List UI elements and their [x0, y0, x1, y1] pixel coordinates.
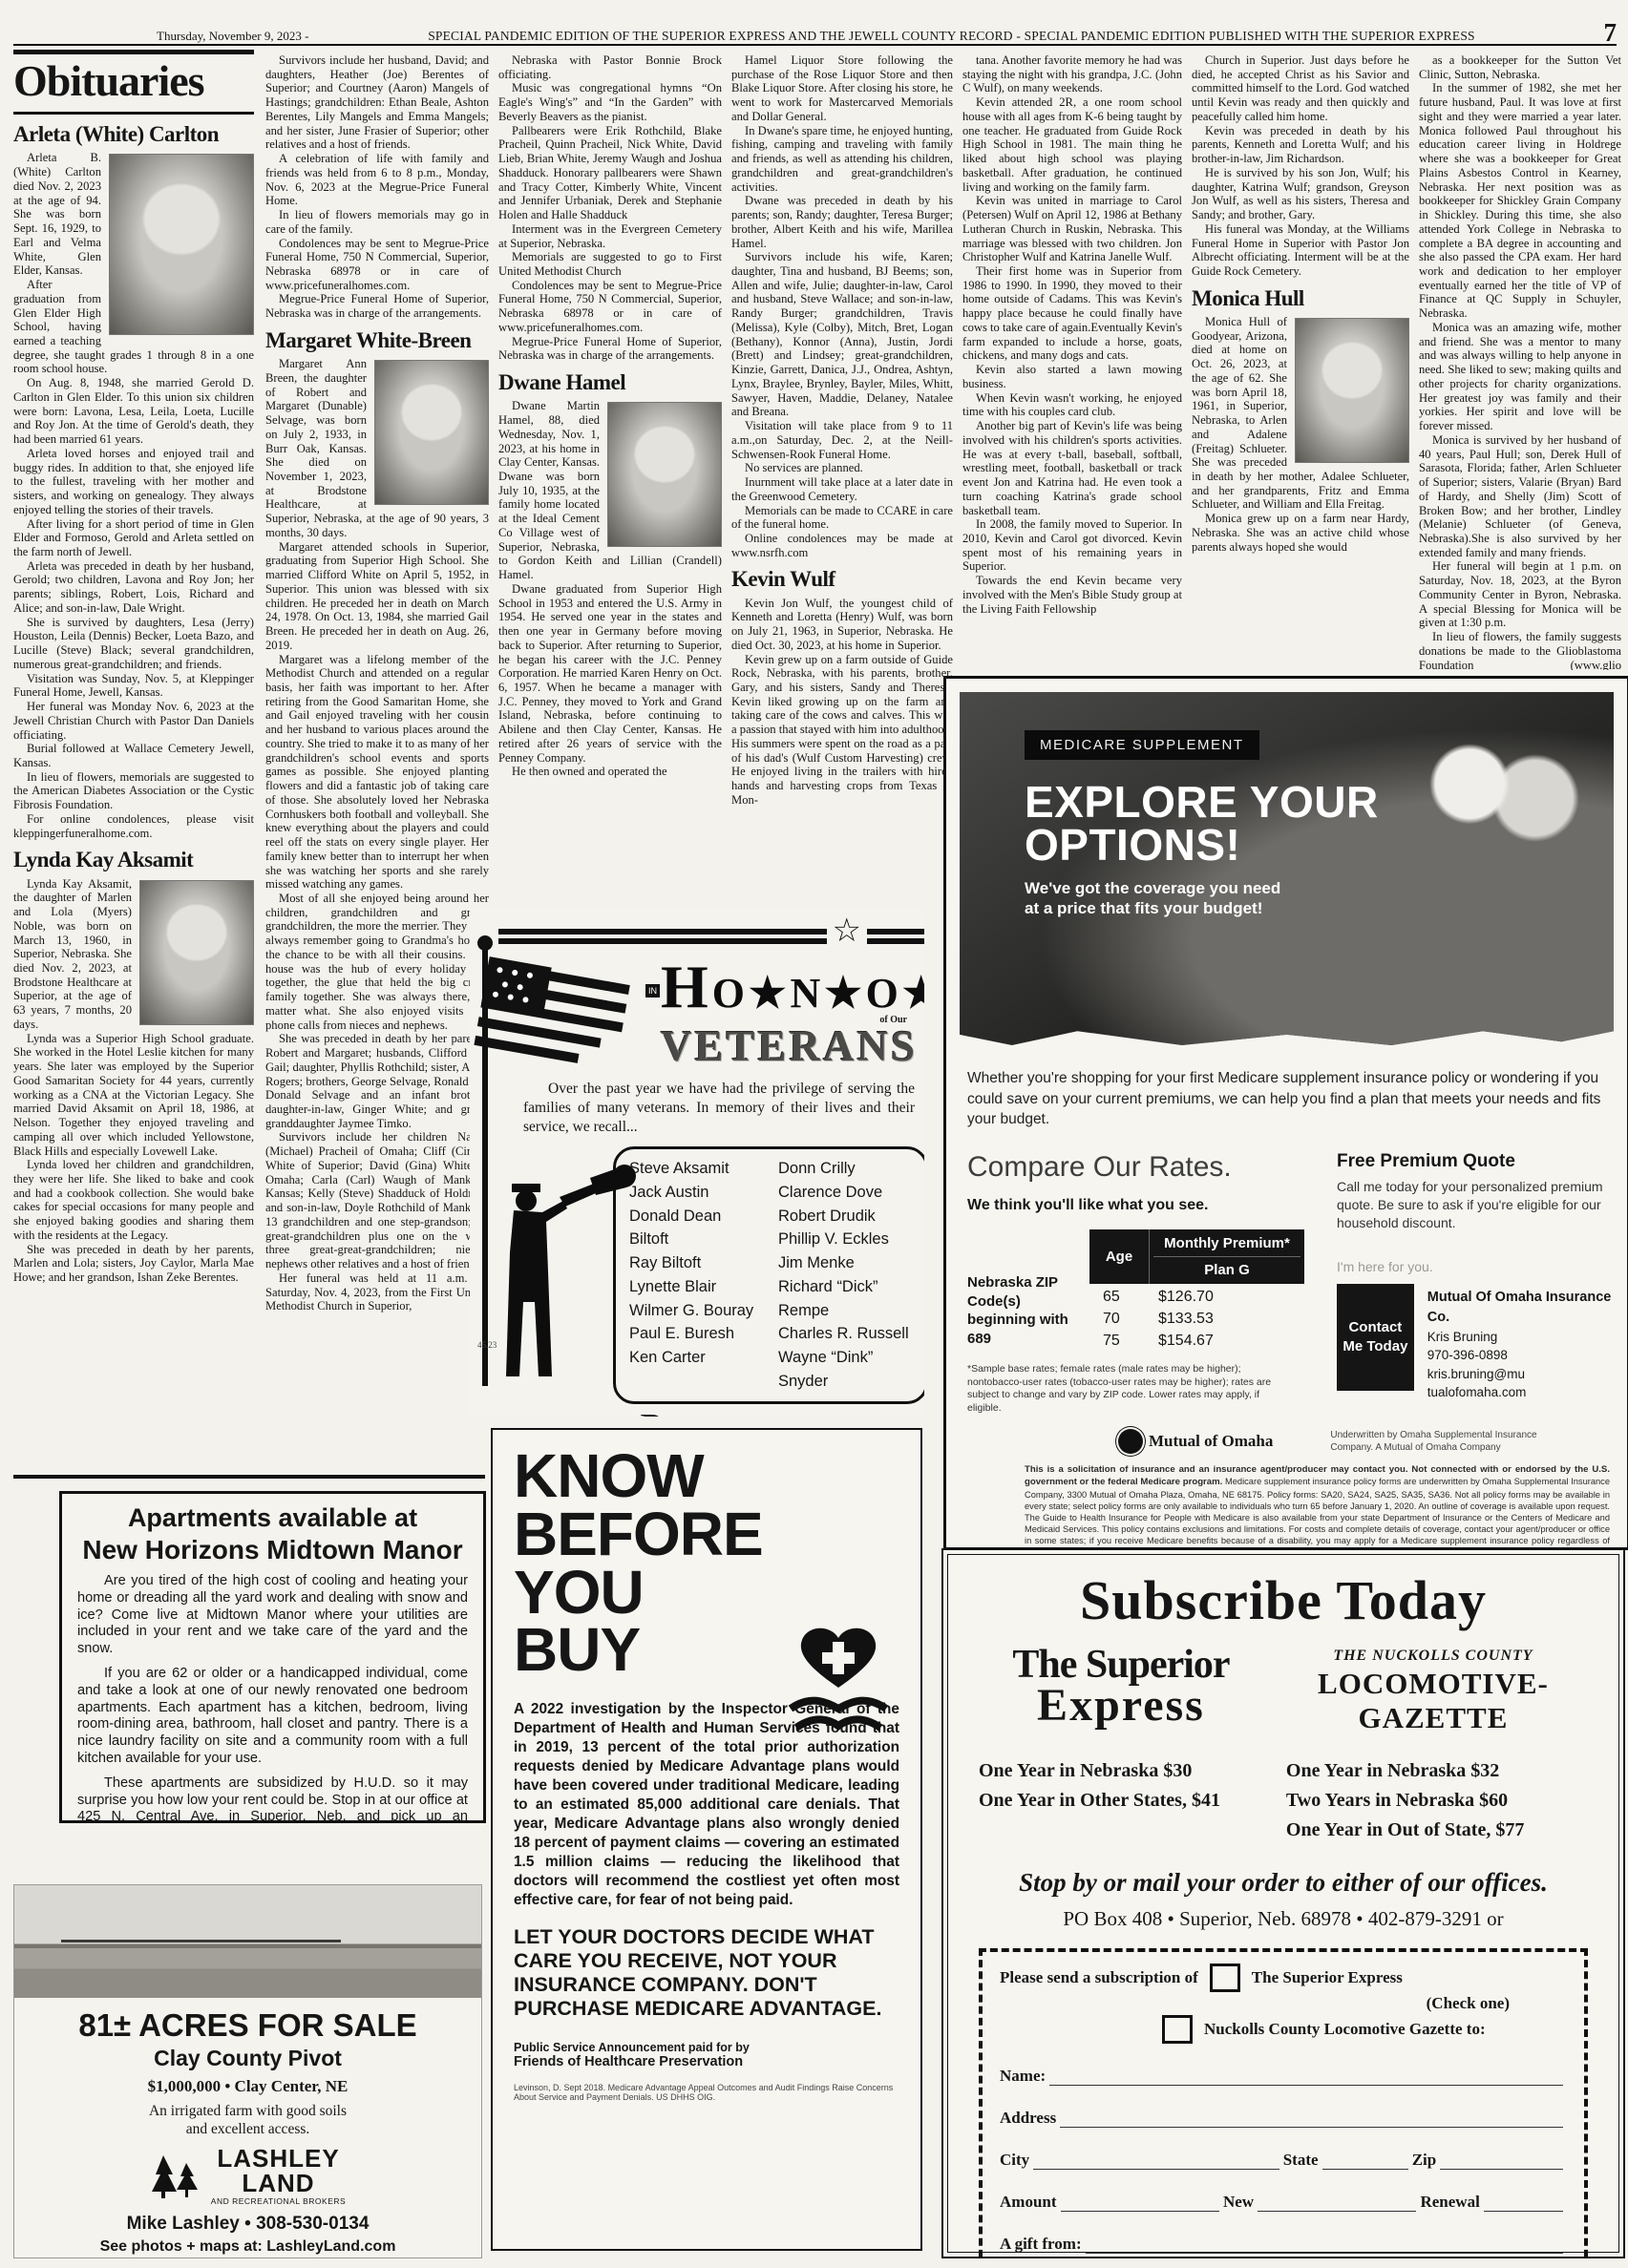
list-item: Jim Menke: [778, 1251, 912, 1275]
obituary-column-6: Church in Superior. Just days before he …: [1192, 53, 1409, 670]
obituary-paragraph: Burial followed at Wallace Cemetery Jewe…: [13, 742, 254, 769]
locomotive-gazette-nameplate: THE NUCKOLLS COUNTY LOCOMOTIVE-GAZETTE: [1271, 1648, 1596, 1735]
medicare-body-text: Whether you're shopping for your first M…: [967, 1068, 1606, 1130]
address-label: Address: [1000, 2109, 1056, 2128]
obituary-heading: Kevin Wulf: [731, 568, 953, 591]
state-field-line: [1322, 2155, 1408, 2170]
acres-for-sale-ad: 81± ACRES FOR SALE Clay County Pivot $1,…: [13, 1884, 482, 2258]
renewal-field-line: [1484, 2197, 1563, 2212]
obituary-heading: Arleta (White) Carlton: [13, 123, 254, 146]
subscribe-title: Subscribe Today: [971, 1568, 1596, 1632]
obituary-paragraph: Interment was in the Evergreen Cemetery …: [498, 222, 722, 250]
arleta-carlton-photo: [109, 154, 254, 335]
obituary-paragraph: Dwane graduated from Superior High Schoo…: [498, 582, 722, 766]
locomotive-gazette-rates: One Year in Nebraska $32Two Years in Neb…: [1279, 1753, 1596, 1841]
obituary-paragraph: Nebraska with Pastor Bonnie Brock offici…: [498, 53, 722, 81]
acres-headline: 81± ACRES FOR SALE: [14, 2007, 481, 2044]
coupon-option1-label: The Superior Express: [1252, 1968, 1403, 1987]
obituary-heading: Margaret White-Breen: [265, 329, 489, 352]
obituary-paragraph: Lynda Kay Aksamit, the daughter of Marle…: [13, 877, 254, 1032]
price-funeral-homes-logo: ✿ PRICE FUNERAL HOMES Superior and Nelso…: [584, 1412, 924, 1417]
list-item: One Year in Nebraska $30: [979, 1760, 1279, 1782]
obituary-paragraph: She is survived by daughters, Lesa (Jerr…: [13, 616, 254, 672]
apartments-title-line2: New Horizons Midtown Manor: [77, 1535, 468, 1565]
obituary-paragraph: No services are planned.: [731, 461, 953, 475]
obituary-paragraph: Her funeral was held at 11 a.m. on Satur…: [265, 1271, 489, 1313]
obituary-column-1: ObituariesArleta (White) CarltonArleta B…: [13, 50, 254, 1477]
obituary-paragraph: In 2008, the family moved to Superior. I…: [962, 517, 1182, 574]
free-premium-quote-body: Call me today for your personalized prem…: [1337, 1178, 1623, 1232]
obituary-paragraph: Lynda was a Superior High School graduat…: [13, 1032, 254, 1159]
obituary-paragraph: After living for a short period of time …: [13, 517, 254, 559]
obituary-paragraph: Arleta B. (White) Carlton died Nov. 2, 2…: [13, 151, 254, 278]
obituary-paragraph: Kevin was preceded in death by his paren…: [1192, 124, 1409, 166]
obituary-paragraph: Margaret was a lifelong member of the Me…: [265, 653, 489, 892]
list-item: Richard “Dick” Rempe: [778, 1275, 912, 1323]
coupon-lead-label: Please send a subscription of: [1000, 1968, 1198, 1987]
obituary-paragraph: Monica is survived by her husband of 40 …: [1419, 433, 1621, 560]
obituary-paragraph: Condolences may be sent to Megrue-Price …: [265, 237, 489, 293]
state-label: State: [1283, 2151, 1319, 2170]
obituary-paragraph: Arleta loved horses and enjoyed trail an…: [13, 447, 254, 517]
veterans-word: VETERANS: [661, 1025, 924, 1068]
ad-code: 45.23: [477, 1340, 497, 1350]
obituary-paragraph: Memorials are suggested to go to First U…: [498, 250, 722, 278]
explore-options-headline: EXPLORE YOUR OPTIONS!: [1025, 781, 1614, 867]
list-item: Clarence Dove: [778, 1181, 912, 1205]
locomotive-gazette-checkbox: [1162, 2015, 1193, 2044]
rates-table-header: Age Monthly Premium*Plan G: [1089, 1229, 1304, 1284]
obituary-paragraph: Dwane was preceded in death by his paren…: [731, 194, 953, 250]
address-field-line: [1060, 2113, 1563, 2128]
before-word: BEFORE: [514, 1505, 899, 1564]
psa-sponsor: Friends of Healthcare Preservation: [514, 2054, 899, 2069]
obituary-paragraph: Monica was an amazing wife, mother and f…: [1419, 321, 1621, 433]
obituary-paragraph: Kevin was united in marriage to Carol (P…: [962, 194, 1182, 264]
know-before-you-buy-ad: KNOW BEFORE YOU BUY A 2022 investigation…: [491, 1428, 922, 2251]
pivot-silhouette: [61, 1940, 341, 1942]
obituary-paragraph: Her funeral will begin at 1 p.m. on Satu…: [1419, 559, 1621, 630]
obituary-paragraph: Dwane Martin Hamel, 88, died Wednesday, …: [498, 399, 722, 582]
obituary-heading: Monica Hull: [1192, 287, 1409, 310]
obituary-paragraph: In the summer of 1982, she met her futur…: [1419, 81, 1621, 320]
coupon-option2-label: Nuckolls County Locomotive Gazette to:: [1204, 2020, 1486, 2039]
subscribe-address: PO Box 408 • Superior, Neb. 68978 • 402-…: [971, 1907, 1596, 1931]
obituary-paragraph: In lieu of flowers memorials may go in c…: [265, 208, 489, 236]
list-item: Robert Drudik: [778, 1205, 912, 1228]
medicare-supplement-tag: MEDICARE SUPPLEMENT: [1025, 730, 1259, 760]
obituary-paragraph: Kevin attended 2R, a one room school hou…: [962, 95, 1182, 194]
obituary-paragraph: Survivors include her children Nancy (Mi…: [265, 1130, 489, 1270]
lashley-land-logo: LASHLEYLAND AND RECREATIONAL BROKERS: [14, 2147, 481, 2206]
superior-express-nameplate: The Superior Express: [971, 1648, 1271, 1735]
obituary-paragraph: Survivors include her husband, David; an…: [265, 53, 489, 152]
flag-and-bugler-illustration: [472, 928, 672, 1405]
gift-field-line: [1086, 2239, 1563, 2254]
obituary-column-5: tana. Another favorite memory he had was…: [962, 53, 1182, 670]
acres-agent-phone: Mike Lashley • 308-530-0134: [14, 2214, 481, 2235]
masthead: Thursday, November 9, 2023 - SPECIAL PAN…: [13, 15, 1617, 46]
you-word: YOU: [514, 1564, 899, 1622]
list-item: Two Years in Nebraska $60: [1286, 1790, 1596, 1812]
list-item: One Year in Other States, $41: [979, 1790, 1279, 1812]
honor-word: HO★N★O★R: [661, 959, 924, 1015]
obituary-paragraph: She was preceded in death by her parents…: [13, 1243, 254, 1285]
obituary-paragraph: She was preceded in death by her parents…: [265, 1032, 489, 1130]
obituary-paragraph: Visitation was Sunday, Nov. 5, at Kleppi…: [13, 672, 254, 700]
superior-express-rates: One Year in Nebraska $30One Year in Othe…: [971, 1753, 1279, 1841]
obituary-paragraph: Condolences may be sent to Megrue-Price …: [498, 279, 722, 335]
obituary-paragraph: Inurnment will take place at a later dat…: [731, 475, 953, 503]
new-label: New: [1223, 2193, 1254, 2212]
contact-me-today-box: Contact Me Today: [1337, 1284, 1414, 1391]
obituary-column-7: as a bookkeeper for the Sutton Vet Clini…: [1419, 53, 1621, 670]
apartments-paragraph: Are you tired of the high cost of coolin…: [77, 1573, 468, 1658]
obituary-paragraph: Pallbearers were Erik Rothchild, Blake P…: [498, 124, 722, 222]
amount-field-line: [1061, 2197, 1219, 2212]
free-premium-quote-title: Free Premium Quote: [1337, 1151, 1623, 1172]
compare-rates-subtitle: We think you'll like what you see.: [967, 1197, 1304, 1214]
rate-row: 65$126.70: [1089, 1284, 1304, 1306]
obituary-paragraph: Hamel Liquor Store following the purchas…: [731, 53, 953, 124]
obituary-heading: Dwane Hamel: [498, 371, 722, 394]
list-item: One Year in Out of State, $77: [1286, 1819, 1596, 1841]
apartments-paragraph: These apartments are subsidized by H.U.D…: [77, 1775, 468, 1823]
obituaries-section-title: Obituaries: [13, 50, 254, 115]
obituary-paragraph: In Dwane's spare time, he enjoyed huntin…: [731, 124, 953, 195]
obituary-column-3: Nebraska with Pastor Bonnie Brock offici…: [498, 53, 722, 901]
obituary-paragraph: Most of all she enjoyed being around her…: [265, 892, 489, 1032]
rate-row: 75$154.67: [1089, 1328, 1304, 1350]
obituary-paragraph: His funeral was Monday, at the Williams …: [1192, 222, 1409, 279]
apartments-title-line1: Apartments available at: [77, 1503, 468, 1533]
psa-paid-for-by: Public Service Announcement paid for by: [514, 2041, 899, 2054]
obituary-column-4: Hamel Liquor Store following the purchas…: [731, 53, 953, 901]
underwritten-text: Underwritten by Omaha Supplemental Insur…: [1330, 1429, 1559, 1454]
obituary-paragraph: Memorials can be made to CCARE in care o…: [731, 504, 953, 532]
obituary-paragraph: Another big part of Kevin's life was bei…: [962, 419, 1182, 517]
masthead-edition: SPECIAL PANDEMIC EDITION OF THE SUPERIOR…: [308, 29, 1594, 44]
obituary-paragraph: Online condolences may be made at www.ns…: [731, 532, 953, 559]
acres-price: $1,000,000 • Clay Center, NE: [14, 2077, 481, 2096]
superior-express-checkbox: [1210, 1963, 1240, 1992]
obituary-paragraph: Megrue-Price Funeral Home of Superior, N…: [265, 292, 489, 320]
list-item: Wayne “Dink” Snyder: [778, 1346, 912, 1394]
pine-trees-icon: [150, 2153, 201, 2199]
obituary-paragraph: Visitation will take place from 9 to 11 …: [731, 419, 953, 461]
list-item: Charles R. Russell: [778, 1322, 912, 1346]
acres-description: An irrigated farm with good soilsand exc…: [14, 2102, 481, 2139]
in-label: IN: [645, 984, 660, 997]
zip-label: Zip: [1412, 2151, 1437, 2170]
masthead-date: Thursday, November 9, 2023 -: [157, 29, 308, 44]
zip-field-line: [1440, 2155, 1563, 2170]
renewal-label: Renewal: [1420, 2193, 1479, 2212]
margaret-white-breen-photo: [374, 360, 489, 505]
list-item: Donn Crilly: [778, 1157, 912, 1181]
city-field-line: [1033, 2155, 1279, 2170]
obituary-paragraph: Kevin also started a lawn mowing busines…: [962, 363, 1182, 390]
lion-icon: [1118, 1429, 1143, 1454]
obituary-paragraph: A celebration of life with family and fr…: [265, 152, 489, 208]
obituary-paragraph: Monica Hull of Goodyear, Arizona, died a…: [1192, 315, 1409, 512]
medicare-supplement-ad: MEDICARE SUPPLEMENT EXPLORE YOUR OPTIONS…: [943, 676, 1628, 1550]
coverage-subhead: We've got the coverage you need at a pri…: [1025, 878, 1292, 919]
compare-rates-title: Compare Our Rates.: [967, 1151, 1304, 1184]
obituary-paragraph: When Kevin wasn't working, he enjoyed ti…: [962, 391, 1182, 419]
know-cta-text: LET YOUR DOCTORS DECIDE WHAT CARE YOU RE…: [514, 1925, 899, 2020]
list-item: One Year in Nebraska $32: [1286, 1760, 1596, 1782]
obituary-paragraph: Margaret Ann Breen, the daughter of Robe…: [265, 357, 489, 540]
lynda-aksamit-photo: [139, 880, 254, 1025]
medicare-disclaimer: This is a solicitation of insurance and …: [1025, 1463, 1610, 1550]
acres-subhead: Clay County Pivot: [14, 2046, 481, 2071]
citation-text: Levinson, D. Sept 2018. Medicare Advanta…: [514, 2083, 899, 2102]
obituary-paragraph: Margaret attended schools in Superior, g…: [265, 540, 489, 653]
page-number: 7: [1604, 21, 1617, 44]
mutual-of-omaha-logo: Mutual of Omaha: [1118, 1429, 1273, 1454]
dwane-hamel-photo: [607, 402, 722, 547]
elderly-couple-photo: MEDICARE SUPPLEMENT EXPLORE YOUR OPTIONS…: [960, 692, 1614, 1045]
obituary-paragraph: Her funeral was Monday Nov. 6, 2023 at t…: [13, 700, 254, 742]
rates-footnote: *Sample base rates; female rates (male r…: [967, 1363, 1282, 1416]
acres-website: See photos + maps at: LashleyLand.com: [14, 2238, 481, 2256]
new-field-line: [1258, 2197, 1416, 2212]
here-for-you-text: I'm here for you.: [1337, 1259, 1623, 1274]
list-item: Phillip V. Eckles: [778, 1228, 912, 1251]
newspaper-page: Thursday, November 9, 2023 - SPECIAL PAN…: [0, 0, 1628, 2268]
obituary-paragraph: Megrue-Price Funeral Home of Superior, N…: [498, 335, 722, 363]
obituary-paragraph: He is survived by his son Jon, Wulf; his…: [1192, 166, 1409, 222]
heart-cross-hands-icon: [781, 1621, 896, 1745]
obituary-column-2: Survivors include her husband, David; an…: [265, 53, 489, 1397]
obituary-paragraph: Their first home was in Superior from 19…: [962, 264, 1182, 363]
monica-hull-photo: [1295, 318, 1409, 463]
veterans-names-column-2: Donn CrillyClarence DoveRobert DrudikPhi…: [778, 1157, 912, 1394]
obituary-paragraph: Church in Superior. Just days before he …: [1192, 53, 1409, 124]
subscription-coupon: Please send a subscription of The Superi…: [979, 1948, 1588, 2258]
section-divider: [13, 1475, 485, 1479]
amount-label: Amount: [1000, 2193, 1057, 2212]
obituary-heading: Lynda Kay Aksamit: [13, 849, 254, 871]
honor-veterans-ad: ☆: [470, 909, 924, 1417]
honor-headline: IN HO★N★O★R of Our VETERANS: [661, 959, 924, 1068]
gift-from-label: A gift from:: [1000, 2235, 1082, 2254]
obituary-paragraph: Survivors include his wife, Karen; daugh…: [731, 250, 953, 419]
rate-row: 70$133.53: [1089, 1306, 1304, 1328]
obituary-paragraph: tana. Another favorite memory he had was…: [962, 53, 1182, 95]
obituary-paragraph: Music was congregational hymns “On Eagle…: [498, 81, 722, 123]
zip-code-label: Nebraska ZIP Code(s) beginning with 689: [967, 1229, 1089, 1350]
obituary-paragraph: Lynda loved her children and grandchildr…: [13, 1158, 254, 1242]
obituary-paragraph: He then owned and operated the: [498, 765, 722, 779]
obituary-paragraph: In lieu of flowers, memorials are sugges…: [13, 770, 254, 812]
agent-info: Mutual Of Omaha Insurance Co. Kris Bruni…: [1427, 1284, 1623, 1402]
check-one-label: (Check one): [1000, 1994, 1510, 2013]
obituary-paragraph: For online condolences, please visit kle…: [13, 812, 254, 840]
obituary-paragraph: Towards the end Kevin became very involv…: [962, 574, 1182, 616]
obituary-paragraph: On Aug. 8, 1948, she married Gerold D. C…: [13, 376, 254, 447]
name-label: Name:: [1000, 2067, 1046, 2086]
subscribe-cta: Stop by or mail your order to either of …: [971, 1868, 1596, 1898]
obituary-paragraph: Monica grew up on a farm near Hardy, Neb…: [1192, 512, 1409, 554]
farmland-photo: [14, 1885, 481, 1998]
apartments-ad: Apartments available at New Horizons Mid…: [59, 1491, 486, 1823]
subscribe-today-ad: Subscribe Today The Superior Express THE…: [941, 1548, 1625, 2258]
obituary-paragraph: as a bookkeeper for the Sutton Vet Clini…: [1419, 53, 1621, 81]
obituary-paragraph: Arleta was preceded in death by her husb…: [13, 559, 254, 616]
rates-table: Age Monthly Premium*Plan G 65$126.7070$1…: [1089, 1229, 1304, 1350]
obituary-paragraph: Kevin grew up on a farm outside of Guide…: [731, 653, 953, 808]
obituary-paragraph: Kevin Jon Wulf, the youngest child of Ke…: [731, 597, 953, 653]
star-icon: ☆: [833, 918, 861, 944]
rates-table-body: 65$126.7070$133.5375$154.67: [1089, 1284, 1304, 1350]
city-label: City: [1000, 2151, 1029, 2170]
obituary-paragraph: In lieu of flowers, the family suggests …: [1419, 630, 1621, 670]
name-field-line: [1049, 2071, 1563, 2086]
know-word: KNOW: [514, 1447, 899, 1505]
apartments-paragraph: If you are 62 or older or a handicapped …: [77, 1666, 468, 1768]
